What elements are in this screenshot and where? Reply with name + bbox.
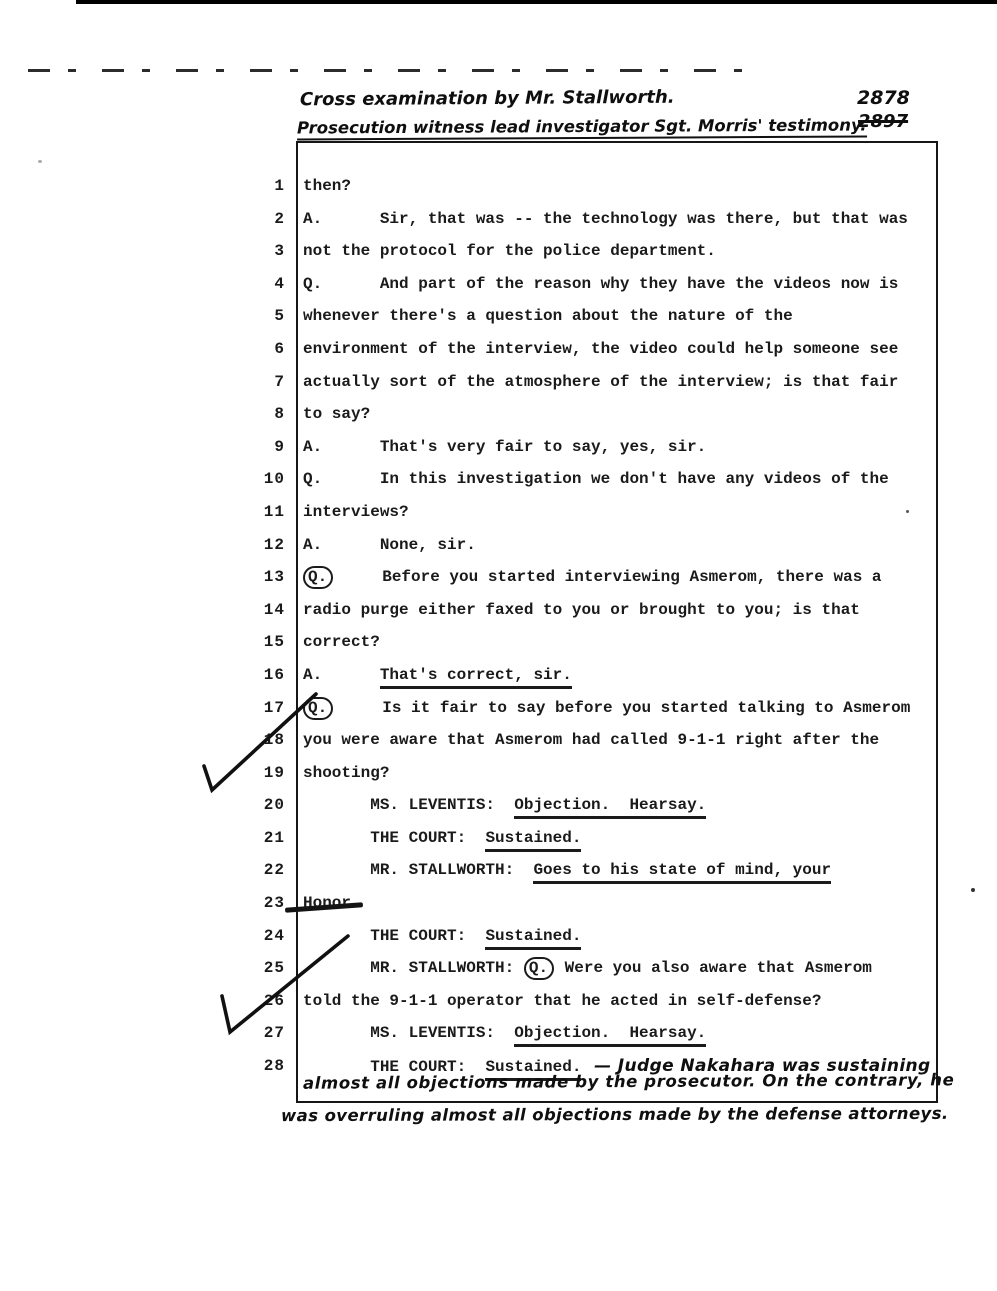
- line-number: 4: [0, 268, 285, 301]
- checkmark-annotation-1: [196, 688, 320, 796]
- line-number: 10: [0, 463, 285, 496]
- text-segment: radio purge either faxed to you or broug…: [303, 601, 860, 619]
- scan-speck: [906, 510, 909, 513]
- line-text: Q. In this investigation we don't have a…: [303, 463, 889, 496]
- line-number: 21: [0, 822, 285, 855]
- line-text: interviews?: [303, 496, 409, 529]
- scan-edge-artifact-bar: [76, 0, 997, 4]
- transcript-line: 23Honor.: [0, 887, 997, 920]
- transcript-line: 19shooting?: [0, 757, 997, 790]
- text-segment: MR. STALLWORTH:: [303, 861, 533, 879]
- hand-underlined-text: Sustained.: [485, 926, 581, 950]
- text-segment: Before you started interviewing Asmerom,…: [334, 568, 881, 586]
- transcript-line: 17Q. Is it fair to say before you starte…: [0, 692, 997, 725]
- line-text: environment of the interview, the video …: [303, 333, 898, 366]
- handwritten-footer-note-2: was overruling almost all objections mad…: [281, 1104, 949, 1125]
- text-segment: Q. In this investigation we don't have a…: [303, 470, 889, 488]
- transcript-line: 24 THE COURT: Sustained.: [0, 920, 997, 953]
- transcript-line: 3not the protocol for the police departm…: [0, 235, 997, 268]
- circled-q-annotation: Q.: [303, 566, 333, 589]
- text-segment: told the 9-1-1 operator that he acted in…: [303, 992, 821, 1010]
- hand-underlined-text: Goes to his state of mind, your: [533, 860, 831, 884]
- line-text: Q. Is it fair to say before you started …: [303, 692, 910, 725]
- transcript-line: 10Q. In this investigation we don't have…: [0, 463, 997, 496]
- line-number: 7: [0, 366, 285, 399]
- line-number: 23: [0, 887, 285, 920]
- line-text: actually sort of the atmosphere of the i…: [303, 366, 898, 399]
- line-number: 15: [0, 626, 285, 659]
- line-number: 16: [0, 659, 285, 692]
- line-text: to say?: [303, 398, 370, 431]
- text-segment: actually sort of the atmosphere of the i…: [303, 373, 898, 391]
- transcript-line: 5whenever there's a question about the n…: [0, 300, 997, 333]
- text-segment: MS. LEVENTIS:: [303, 796, 514, 814]
- transcript-line: 9A. That's very fair to say, yes, sir.: [0, 431, 997, 464]
- text-segment: Q. And part of the reason why they have …: [303, 275, 898, 293]
- line-number: 3: [0, 235, 285, 268]
- line-text: THE COURT: Sustained.: [303, 822, 581, 855]
- transcript-line: 20 MS. LEVENTIS: Objection. Hearsay.: [0, 789, 997, 822]
- text-segment: Is it fair to say before you started tal…: [334, 699, 910, 717]
- transcript-line: 6environment of the interview, the video…: [0, 333, 997, 366]
- line-text: A. That's very fair to say, yes, sir.: [303, 431, 706, 464]
- transcript-line: 4Q. And part of the reason why they have…: [0, 268, 997, 301]
- line-number: 8: [0, 398, 285, 431]
- transcript-line: 15correct?: [0, 626, 997, 659]
- hand-underlined-text: Objection. Hearsay.: [514, 795, 706, 819]
- text-segment: environment of the interview, the video …: [303, 340, 898, 358]
- line-number: 12: [0, 529, 285, 562]
- line-number: 6: [0, 333, 285, 366]
- handwritten-page-number: 2878: [857, 87, 910, 109]
- transcript-line: 12A. None, sir.: [0, 529, 997, 562]
- text-segment: A. Sir, that was -- the technology was t…: [303, 210, 908, 228]
- transcript-line: 2A. Sir, that was -- the technology was …: [0, 203, 997, 236]
- line-text: then?: [303, 170, 351, 203]
- text-segment: you were aware that Asmerom had called 9…: [303, 731, 879, 749]
- transcript-line: 27 MS. LEVENTIS: Objection. Hearsay.: [0, 1017, 997, 1050]
- line-number: 14: [0, 594, 285, 627]
- line-text: radio purge either faxed to you or broug…: [303, 594, 860, 627]
- line-text: correct?: [303, 626, 380, 659]
- text-segment: not the protocol for the police departme…: [303, 242, 716, 260]
- line-text: you were aware that Asmerom had called 9…: [303, 724, 879, 757]
- hand-underlined-text: Objection. Hearsay.: [514, 1023, 706, 1047]
- text-segment: A. That's very fair to say, yes, sir.: [303, 438, 706, 456]
- transcript-line: 21 THE COURT: Sustained.: [0, 822, 997, 855]
- line-number: 9: [0, 431, 285, 464]
- line-text: MS. LEVENTIS: Objection. Hearsay.: [303, 789, 706, 822]
- text-segment: to say?: [303, 405, 370, 423]
- line-text: A. None, sir.: [303, 529, 476, 562]
- transcript-line: 26told the 9-1-1 operator that he acted …: [0, 985, 997, 1018]
- circled-q-annotation: Q.: [524, 957, 554, 980]
- text-segment: A. None, sir.: [303, 536, 476, 554]
- handwritten-subject-note: Prosecution witness lead investigator Sg…: [297, 116, 867, 141]
- line-number: 13: [0, 561, 285, 594]
- line-text: A. Sir, that was -- the technology was t…: [303, 203, 908, 236]
- text-segment: then?: [303, 177, 351, 195]
- line-text: whenever there's a question about the na…: [303, 300, 793, 333]
- line-text: Q. Before you started interviewing Asmer…: [303, 561, 882, 594]
- transcript-lines: 1then?2A. Sir, that was -- the technolog…: [0, 170, 997, 1083]
- line-text: told the 9-1-1 operator that he acted in…: [303, 985, 821, 1018]
- line-number: 28: [0, 1050, 285, 1083]
- transcript-line: 7actually sort of the atmosphere of the …: [0, 366, 997, 399]
- text-segment: Were you also aware that Asmerom: [555, 959, 872, 977]
- line-text: Q. And part of the reason why they have …: [303, 268, 898, 301]
- line-text: MS. LEVENTIS: Objection. Hearsay.: [303, 1017, 706, 1050]
- text-segment: A.: [303, 666, 380, 684]
- line-number: 11: [0, 496, 285, 529]
- line-number: 2: [0, 203, 285, 236]
- transcript-line: 14radio purge either faxed to you or bro…: [0, 594, 997, 627]
- hand-underlined-text: That's correct, sir.: [380, 665, 572, 689]
- line-text: MR. STALLWORTH: Q. Were you also aware t…: [303, 952, 872, 985]
- hand-underlined-text: Sustained.: [485, 828, 581, 852]
- line-number: 1: [0, 170, 285, 203]
- scanned-transcript-page: Cross examination by Mr. Stallworth. 287…: [0, 0, 997, 1291]
- line-text: MR. STALLWORTH: Goes to his state of min…: [303, 854, 831, 887]
- line-number: 5: [0, 300, 285, 333]
- perforation-dash-row: [28, 69, 750, 72]
- transcript-line: 22 MR. STALLWORTH: Goes to his state of …: [0, 854, 997, 887]
- line-number: 22: [0, 854, 285, 887]
- scan-speck: [971, 888, 975, 892]
- checkmark-annotation-2: [214, 928, 354, 1036]
- transcript-line: 25 MR. STALLWORTH: Q. Were you also awar…: [0, 952, 997, 985]
- handwritten-header-note: Cross examination by Mr. Stallworth.: [300, 87, 675, 111]
- handwritten-footer-note-1: almost all objections made by the prosec…: [303, 1070, 954, 1092]
- transcript-line: 8to say?: [0, 398, 997, 431]
- text-segment: correct?: [303, 633, 380, 651]
- text-segment: interviews?: [303, 503, 409, 521]
- transcript-line: 1then?: [0, 170, 997, 203]
- text-segment: THE COURT:: [303, 829, 485, 847]
- text-segment: whenever there's a question about the na…: [303, 307, 793, 325]
- transcript-line: 18you were aware that Asmerom had called…: [0, 724, 997, 757]
- line-text: A. That's correct, sir.: [303, 659, 572, 692]
- scan-speck: [38, 160, 42, 163]
- transcript-line: 13Q. Before you started interviewing Asm…: [0, 561, 997, 594]
- line-text: not the protocol for the police departme…: [303, 235, 716, 268]
- transcript-line: 11interviews?: [0, 496, 997, 529]
- transcript-line: 16A. That's correct, sir.: [0, 659, 997, 692]
